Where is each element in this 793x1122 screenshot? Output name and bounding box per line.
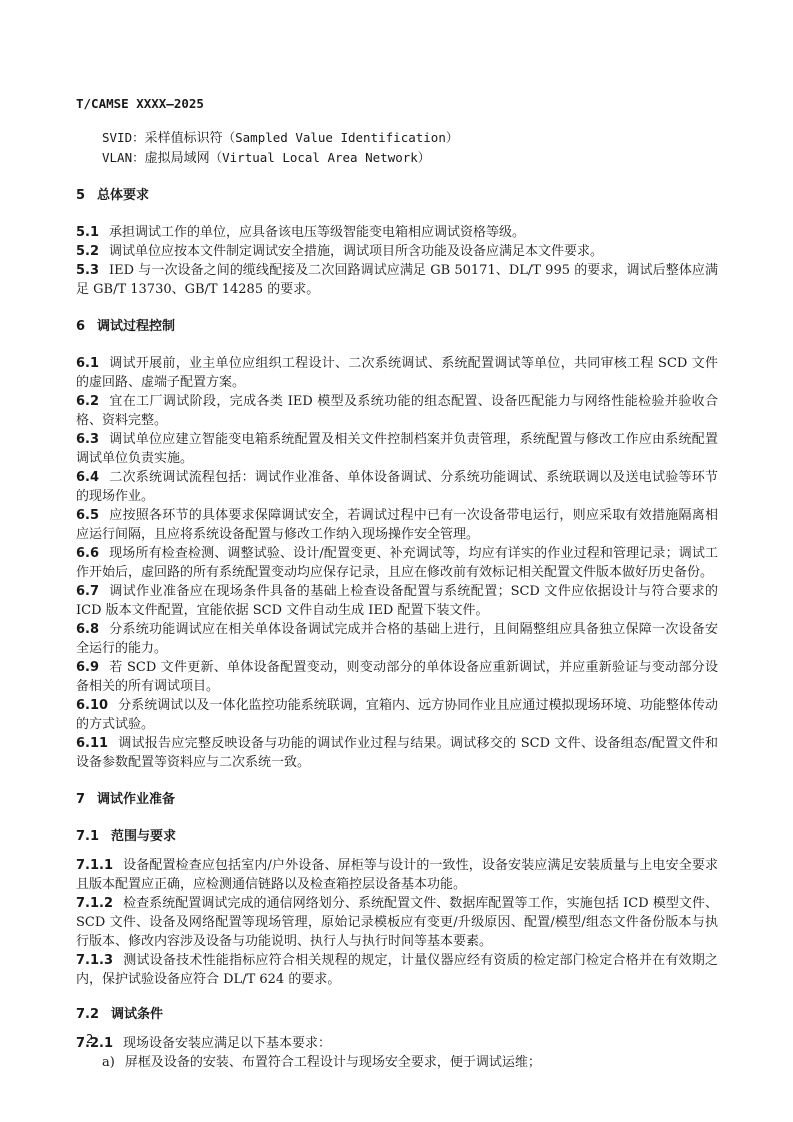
section-number: 6 <box>76 319 85 334</box>
clause-text: 分系统调试以及一体化监控功能系统联调，宜箱内、远方协同作业且应通过模拟现场环境、… <box>76 698 718 732</box>
document-page: T/CAMSE XXXX—2025 SVID：采样值标识符（Sampled Va… <box>0 0 793 1122</box>
clause-number: 6.8 <box>76 622 99 637</box>
clause-number: 6.10 <box>76 698 108 713</box>
clause-number: 7.1.2 <box>76 896 113 911</box>
subsection-heading-7-1: 7.1范围与要求 <box>76 827 718 846</box>
section-heading-5: 5总体要求 <box>76 186 718 205</box>
subsection-number: 7.2 <box>76 1007 99 1022</box>
clause-number: 7.1.1 <box>76 858 113 873</box>
clause-text: 调试作业准备应在现场条件具备的基础上检查设备配置与系统配置；SCD 文件应依据设… <box>76 584 718 618</box>
abbr-zh: 采样值标识符 <box>145 131 223 146</box>
clause-text: 若 SCD 文件更新、单体设备配置变动，则变动部分的单体设备应重新调试，并应重新… <box>76 660 718 694</box>
section-title: 调试过程控制 <box>97 319 175 334</box>
clause-text: 调试单位应按本文件制定调试安全措施，调试项目所含功能及设备应满足本文件要求。 <box>109 244 603 259</box>
clause-number: 6.11 <box>76 736 108 751</box>
abbr-term: VLAN： <box>102 150 145 165</box>
clause-number: 6.3 <box>76 432 99 447</box>
clause-text: 检查系统配置调试完成的通信网络划分、系统配置文件、数据库配置等工作，实施包括 I… <box>76 896 718 949</box>
abbreviation-vlan: VLAN：虚拟局域网（Virtual Local Area Network） <box>76 148 718 168</box>
clause-number: 6.6 <box>76 546 99 561</box>
clause-6-7: 6.7调试作业准备应在现场条件具备的基础上检查设备配置与系统配置；SCD 文件应… <box>76 582 718 620</box>
clause-5-1: 5.1承担调试工作的单位，应具备该电压等级智能变电箱相应调试资格等级。 <box>76 223 718 242</box>
clause-6-6: 6.6现场所有检查检测、调整试验、设计/配置变更、补充调试等，均应有详实的作业过… <box>76 544 718 582</box>
clause-6-3: 6.3调试单位应建立智能变电箱系统配置及相关文件控制档案并负责管理，系统配置与修… <box>76 430 718 468</box>
clause-number: 6.2 <box>76 394 99 409</box>
subsection-number: 7.1 <box>76 829 99 844</box>
clause-text: 应按照各环节的具体要求保障调试安全，若调试过程中已有一次设备带电运行，则应采取有… <box>76 508 718 542</box>
list-marker: a) <box>102 1055 115 1070</box>
document-body: SVID：采样值标识符（Sampled Value Identification… <box>76 128 718 1072</box>
clause-text: 调试报告应完整反映设备与功能的调试作业过程与结果。调试移交的 SCD 文件、设备… <box>76 736 718 770</box>
clause-number: 5.3 <box>76 263 99 278</box>
clause-text: 调试开展前，业主单位应组织工程设计、二次系统调试、系统配置调试等单位，共同审核工… <box>76 356 718 390</box>
clause-number: 5.1 <box>76 225 99 240</box>
clause-text: IED 与一次设备之间的缆线配接及二次回路调试应满足 GB 50171、DL/T… <box>76 263 718 297</box>
list-item-a: a)屏框及设备的安装、布置符合工程设计与现场安全要求，便于调试运维； <box>76 1053 718 1072</box>
clause-6-4: 6.4二次系统调试流程包括：调试作业准备、单体设备调试、分系统功能调试、系统联调… <box>76 468 718 506</box>
section-title: 调试作业准备 <box>97 792 175 807</box>
clause-text: 调试单位应建立智能变电箱系统配置及相关文件控制档案并负责管理，系统配置与修改工作… <box>76 432 718 466</box>
list-item-text: 屏框及设备的安装、布置符合工程设计与现场安全要求，便于调试运维； <box>125 1055 541 1070</box>
clause-text: 现场所有检查检测、调整试验、设计/配置变更、补充调试等，均应有详实的作业过程和管… <box>76 546 718 580</box>
clause-number: 7.1.3 <box>76 953 113 968</box>
clause-6-8: 6.8分系统功能调试应在相关单体设备调试完成并合格的基础上进行，且间隔整组应具备… <box>76 620 718 658</box>
abbr-en: （Virtual Local Area Network） <box>210 150 431 165</box>
section-heading-7: 7调试作业准备 <box>76 790 718 809</box>
abbr-en: （Sampled Value Identification） <box>223 130 459 145</box>
clause-6-9: 6.9若 SCD 文件更新、单体设备配置变动，则变动部分的单体设备应重新调试，并… <box>76 658 718 696</box>
clause-number: 6.4 <box>76 470 99 485</box>
section-title: 总体要求 <box>97 188 149 203</box>
clause-6-1: 6.1调试开展前，业主单位应组织工程设计、二次系统调试、系统配置调试等单位，共同… <box>76 354 718 392</box>
clause-text: 测试设备技术性能指标应符合相关规程的规定，计量仪器应经有资质的检定部门检定合格并… <box>76 953 718 987</box>
abbr-term: SVID： <box>102 130 145 145</box>
clause-text: 承担调试工作的单位，应具备该电压等级智能变电箱相应调试资格等级。 <box>109 225 525 240</box>
clause-text: 现场设备安装应满足以下基本要求： <box>123 1036 331 1051</box>
section-number: 5 <box>76 188 85 203</box>
subsection-title: 调试条件 <box>111 1007 163 1022</box>
subsection-title: 范围与要求 <box>111 829 176 844</box>
section-heading-6: 6调试过程控制 <box>76 317 718 336</box>
standard-code-header: T/CAMSE XXXX—2025 <box>76 96 204 111</box>
clause-number: 7.2.1 <box>76 1036 113 1051</box>
clause-number: 6.1 <box>76 356 99 371</box>
clause-text: 宜在工厂调试阶段，完成各类 IED 模型及系统功能的组态配置、设备匹配能力与网络… <box>76 394 718 428</box>
clause-number: 6.7 <box>76 584 99 599</box>
clause-7-2-1: 7.2.1现场设备安装应满足以下基本要求： <box>76 1034 718 1053</box>
clause-number: 6.5 <box>76 508 99 523</box>
clause-6-5: 6.5应按照各环节的具体要求保障调试安全，若调试过程中已有一次设备带电运行，则应… <box>76 506 718 544</box>
clause-number: 6.9 <box>76 660 99 675</box>
clause-5-3: 5.3IED 与一次设备之间的缆线配接及二次回路调试应满足 GB 50171、D… <box>76 261 718 299</box>
abbr-zh: 虚拟局域网 <box>145 151 210 166</box>
subsection-heading-7-2: 7.2调试条件 <box>76 1005 718 1024</box>
clause-6-11: 6.11调试报告应完整反映设备与功能的调试作业过程与结果。调试移交的 SCD 文… <box>76 734 718 772</box>
clause-7-1-1: 7.1.1设备配置检查应包括室内/户外设备、屏柜等与设计的一致性，设备安装应满足… <box>76 856 718 894</box>
clause-number: 5.2 <box>76 244 99 259</box>
clause-text: 分系统功能调试应在相关单体设备调试完成并合格的基础上进行，且间隔整组应具备独立保… <box>76 622 718 656</box>
clause-text: 设备配置检查应包括室内/户外设备、屏柜等与设计的一致性，设备安装应满足安装质量与… <box>76 858 718 892</box>
clause-5-2: 5.2调试单位应按本文件制定调试安全措施，调试项目所含功能及设备应满足本文件要求… <box>76 242 718 261</box>
clause-7-1-2: 7.1.2检查系统配置调试完成的通信网络划分、系统配置文件、数据库配置等工作，实… <box>76 894 718 951</box>
page-number: 2 <box>86 1032 93 1046</box>
clause-text: 二次系统调试流程包括：调试作业准备、单体设备调试、分系统功能调试、系统联调以及送… <box>76 470 718 504</box>
abbreviation-svid: SVID：采样值标识符（Sampled Value Identification… <box>76 128 718 148</box>
clause-7-1-3: 7.1.3测试设备技术性能指标应符合相关规程的规定，计量仪器应经有资质的检定部门… <box>76 951 718 989</box>
section-number: 7 <box>76 792 85 807</box>
clause-6-10: 6.10分系统调试以及一体化监控功能系统联调，宜箱内、远方协同作业且应通过模拟现… <box>76 696 718 734</box>
clause-6-2: 6.2宜在工厂调试阶段，完成各类 IED 模型及系统功能的组态配置、设备匹配能力… <box>76 392 718 430</box>
